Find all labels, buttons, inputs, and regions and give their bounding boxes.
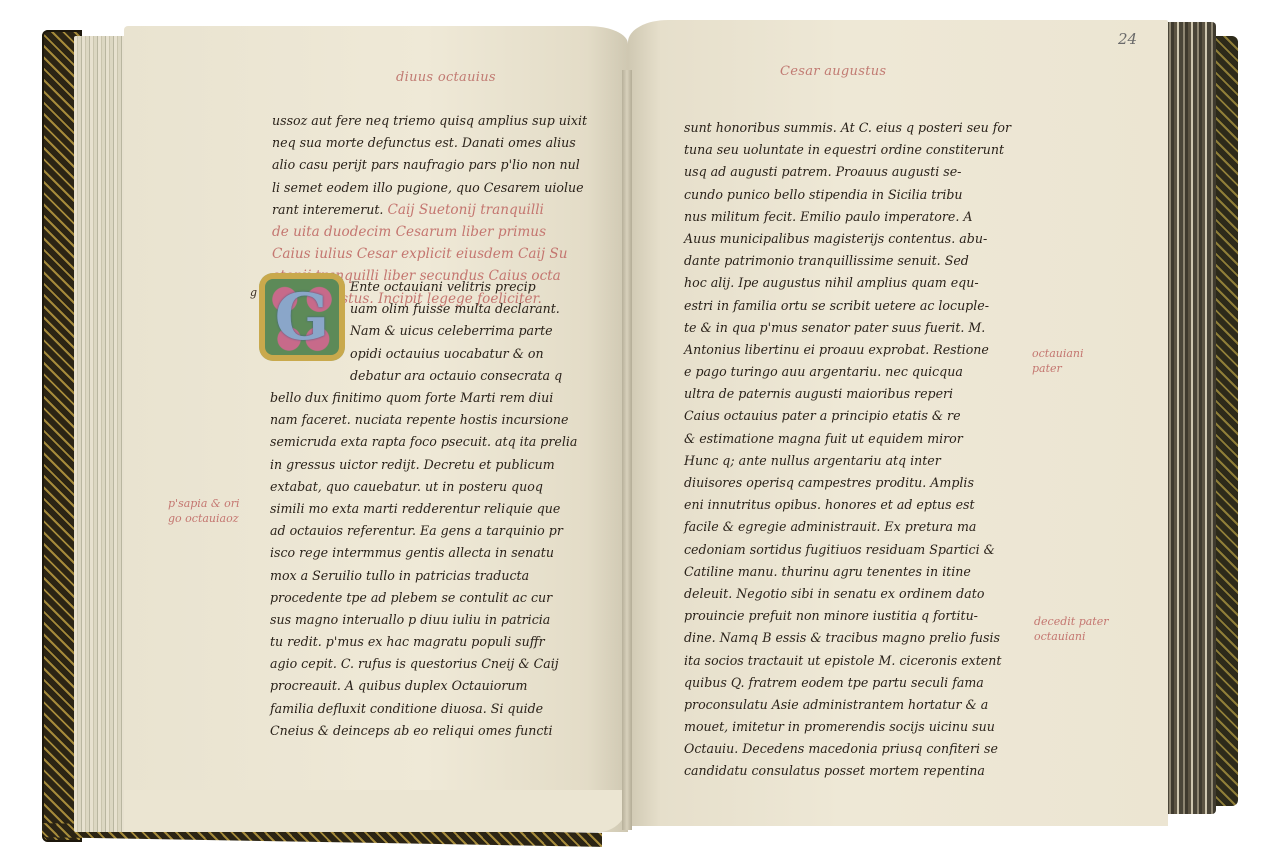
left-running-head: diuus octauius xyxy=(396,70,496,85)
text-line: debatur ara octauio consecrata q xyxy=(350,365,562,387)
text-line: diuisores operisq campestres proditu. Am… xyxy=(684,472,1011,494)
text-line: dine. Namq B essis & tracibus magno prel… xyxy=(684,627,1011,649)
text-line: simili mo exta marti redderentur reliqui… xyxy=(270,498,577,520)
text-line: e pago turingo auu argentariu. nec quicq… xyxy=(684,361,1011,383)
text-line: rant interemerut. Caij Suetonij tranquil… xyxy=(272,199,587,221)
text-line: extabat, quo cauebatur. ut in posteru qu… xyxy=(270,476,577,498)
guide-letter: g xyxy=(250,286,257,299)
text-line: Caius octauius pater a principio etatis … xyxy=(684,405,1011,427)
text-line: procedente tpe ad plebem se contulit ac … xyxy=(270,587,577,609)
text-line: candidatu consulatus posset mortem repen… xyxy=(684,760,1011,782)
text-line: agio cepit. C. rufus is questorius Cneij… xyxy=(270,653,577,675)
text-line: proconsulatu Asie administrantem hortatu… xyxy=(684,694,1011,716)
right-text-body: sunt honoribus summis. At C. eius q post… xyxy=(684,117,1011,783)
right-page-block-edges xyxy=(1160,22,1216,814)
folio-number: 24 xyxy=(1118,30,1137,48)
book-gutter xyxy=(622,70,632,830)
text-line: hoc alij. Ipe augustus nihil amplius qua… xyxy=(684,272,1011,294)
text-line: semicruda exta rapta foco psecuit. atq i… xyxy=(270,431,577,453)
text-line: neq sua morte defunctus est. Danati omes… xyxy=(272,132,587,154)
text-line: facile & egregie administrauit. Ex pretu… xyxy=(684,516,1011,538)
margin-note-line: octauiani xyxy=(1034,629,1109,644)
text-line: mouet, imitetur in promerendis socijs ui… xyxy=(684,716,1011,738)
text-line: sunt honoribus summis. At C. eius q post… xyxy=(684,117,1011,139)
text-line: estri in familia ortu se scribit uetere … xyxy=(684,295,1011,317)
text-line: tu redit. p'mus ex hac magratu populi su… xyxy=(270,631,577,653)
right-running-head: Cesar augustus xyxy=(780,64,886,79)
rubric-line: Caius iulius Cesar explicit eiusdem Caij… xyxy=(272,243,587,265)
text-line: ad octauios referentur. Ea gens a tarqui… xyxy=(270,520,577,542)
text-line: ultra de paternis augusti maioribus repe… xyxy=(684,383,1011,405)
text-line: Antonius libertinu ei proauu exprobat. R… xyxy=(684,339,1011,361)
rubric-fragment: Caij Suetonij tranquilli xyxy=(387,202,543,218)
text-line: Ente octauiani velitris precip xyxy=(350,276,562,298)
right-margin-note-2: decedit pater octauiani xyxy=(1034,614,1109,644)
text-line: Octauiu. Decedens macedonia priusq confi… xyxy=(684,738,1011,760)
text-line: Hunc q; ante nullus argentariu atq inter xyxy=(684,450,1011,472)
text-line: ussoz aut fere neq triemo quisq amplius … xyxy=(272,110,587,132)
margin-note-line: go octauiaoz xyxy=(168,511,240,526)
left-text-beside-initial: Ente octauiani velitris precip uam olim … xyxy=(350,276,562,387)
text-line: quibus Q. fratrem eodem tpe partu seculi… xyxy=(684,672,1011,694)
text-line: nam faceret. nuciata repente hostis incu… xyxy=(270,409,577,431)
text-line: cundo punico bello stipendia in Sicilia … xyxy=(684,184,1011,206)
text-line: nus militum fecit. Emilio paulo imperato… xyxy=(684,206,1011,228)
margin-note-line: p'sapia & ori xyxy=(168,496,240,511)
text-line: Nam & uicus celeberrima parte xyxy=(350,320,562,342)
left-text-body: bello dux finitimo quom forte Marti rem … xyxy=(270,387,577,742)
left-page-lower-curl xyxy=(124,790,628,832)
rubric-line: de uita duodecim Cesarum liber primus xyxy=(272,221,587,243)
text-line: bello dux finitimo quom forte Marti rem … xyxy=(270,387,577,409)
text-line: eni innutritus opibus. honores et ad ept… xyxy=(684,494,1011,516)
text-line: cedoniam sortidus fugitiuos residuam Spa… xyxy=(684,539,1011,561)
text-line: Cneius & deinceps ab eo reliqui omes fun… xyxy=(270,720,577,742)
text-line: alio casu perijt pars naufragio pars p'l… xyxy=(272,154,587,176)
margin-note-line: pater xyxy=(1032,361,1084,376)
text-line: mox a Seruilio tullo in patricias traduc… xyxy=(270,565,577,587)
text-line: opidi octauius uocabatur & on xyxy=(350,343,562,365)
margin-note-line: octauiani xyxy=(1032,346,1084,361)
right-margin-note-1: octauiani pater xyxy=(1032,346,1084,376)
text-fragment: rant interemerut. xyxy=(272,202,383,217)
text-line: procreauit. A quibus duplex Octauiorum xyxy=(270,675,577,697)
illuminated-initial: G xyxy=(259,273,345,361)
text-line: te & in qua p'mus senator pater suus fue… xyxy=(684,317,1011,339)
left-margin-note: p'sapia & ori go octauiaoz xyxy=(168,496,240,526)
text-line: familia defluxit conditione diuosa. Si q… xyxy=(270,698,577,720)
text-line: uam olim fuisse multa declarant. xyxy=(350,298,562,320)
initial-letter-glyph: G xyxy=(259,273,345,361)
text-line: prouincie prefuit non minore iustitia q … xyxy=(684,605,1011,627)
text-line: & estimatione magna fuit ut equidem miro… xyxy=(684,428,1011,450)
text-line: tuna seu uoluntate in equestri ordine co… xyxy=(684,139,1011,161)
margin-note-line: decedit pater xyxy=(1034,614,1109,629)
text-line: dante patrimonio tranquillissime senuit.… xyxy=(684,250,1011,272)
text-line: Auus municipalibus magisterijs contentus… xyxy=(684,228,1011,250)
left-page-block-edges xyxy=(74,36,126,832)
text-line: in gressus uictor redijt. Decretu et pub… xyxy=(270,454,577,476)
text-line: usq ad augusti patrem. Proauus augusti s… xyxy=(684,161,1011,183)
text-line: isco rege intermmus gentis allecta in se… xyxy=(270,542,577,564)
text-line: li semet eodem illo pugione, quo Cesarem… xyxy=(272,177,587,199)
text-line: sus magno interuallo p diuu iuliu in pat… xyxy=(270,609,577,631)
text-line: Catiline manu. thurinu agru tenentes in … xyxy=(684,561,1011,583)
text-line: deleuit. Negotio sibi in senatu ex ordin… xyxy=(684,583,1011,605)
text-line: ita socios tractauit ut epistole M. cice… xyxy=(684,650,1011,672)
